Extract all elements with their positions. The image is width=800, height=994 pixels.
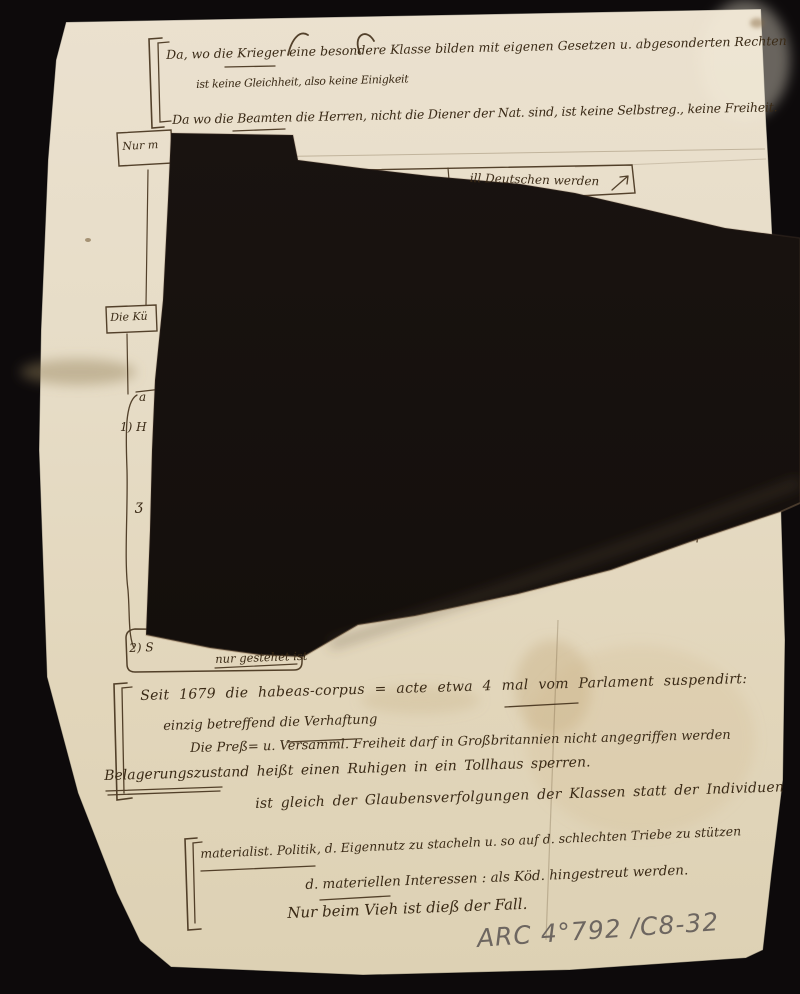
fragment-item-2-left: 2) S xyxy=(129,640,154,655)
manuscript-photo: Da, wo die Krieger eine besondere Klasse… xyxy=(0,0,800,994)
fragment-die-ku-box: Die Kü xyxy=(110,309,154,324)
fragment-item-1: 1) H xyxy=(120,420,152,434)
fragment-item-mid: ʒ xyxy=(135,498,143,514)
fragment-nur-box: Nur m xyxy=(122,138,169,153)
fragment-item-a: a xyxy=(139,390,146,404)
